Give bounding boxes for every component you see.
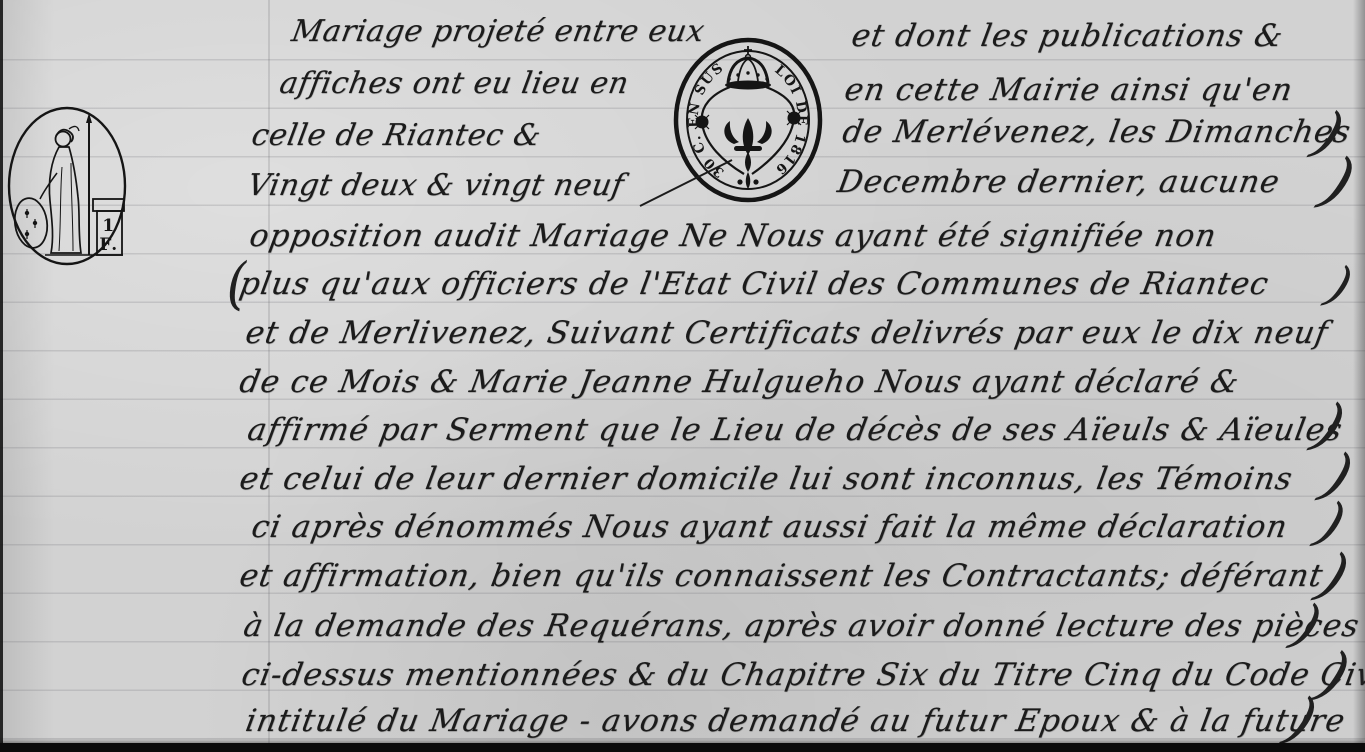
- handwritten-line: de Merlévenez, les Dimanches: [840, 114, 1354, 150]
- handwritten-line: intitulé du Mariage - avons demandé au f…: [243, 703, 1348, 739]
- handwritten-line: de ce Mois & Marie Jeanne Hulgueho Nous …: [237, 364, 1242, 400]
- handwritten-line: ci après dénommés Nous ayant aussi fait …: [249, 509, 1291, 545]
- scan-bottom-bar: [0, 743, 1365, 752]
- handwritten-line: opposition audit Mariage Ne Nous ayant é…: [247, 218, 1220, 254]
- handwritten-line: affirmé par Serment que le Lieu de décès…: [245, 412, 1346, 448]
- handwritten-line: et de Merlivenez, Suivant Certificats de…: [243, 315, 1331, 351]
- handwritten-line: et affirmation, bien qu'ils connaissent …: [237, 558, 1326, 594]
- handwritten-line: celle de Riantec &: [249, 118, 544, 153]
- handwritten-line: à la demande des Requérans, après avoir …: [241, 608, 1363, 644]
- pen-stroke: [636, 152, 736, 212]
- handwritten-line: et celui de leur dernier domicile lui so…: [237, 461, 1296, 497]
- document-page: 1 F. 30 C. EN SUS LOI DE 1816: [0, 0, 1365, 752]
- handwritten-line: affiches ont eu lieu en: [277, 66, 632, 101]
- revenue-stamp-1f: 1 F.: [5, 103, 131, 269]
- handwritten-line: en cette Mairie ainsi qu'en: [842, 72, 1296, 108]
- stamp-denomination: 1: [102, 216, 115, 236]
- handwritten-line: Mariage projeté entre eux: [289, 14, 707, 49]
- pedestal-1f: 1 F.: [93, 199, 124, 255]
- handwritten-line: ci-dessus mentionnées & du Chapitre Six …: [239, 657, 1365, 693]
- line-start-flourish: (: [225, 256, 248, 314]
- handwritten-line: et dont les publications &: [849, 18, 1287, 54]
- scan-edge-right: [1353, 0, 1365, 752]
- handwritten-line: plus qu'aux officiers de l'Etat Civil de…: [237, 266, 1272, 302]
- stamp-currency: F.: [99, 235, 118, 255]
- handwritten-line: Decembre dernier, aucune: [835, 164, 1283, 200]
- scan-edge-left: [0, 0, 3, 752]
- handwritten-line: Vingt deux & vingt neuf: [245, 168, 627, 203]
